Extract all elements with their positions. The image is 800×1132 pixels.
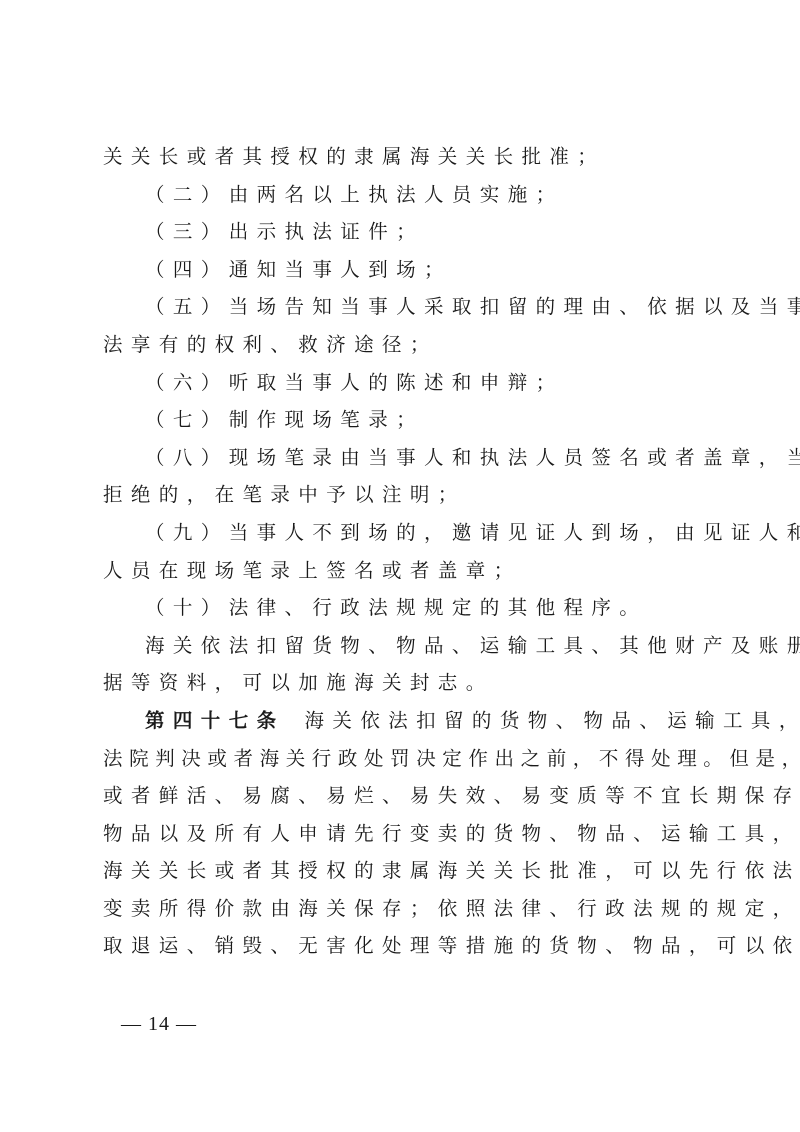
list-item-5-continuation: 法享有的权利、救济途径； xyxy=(103,326,693,364)
list-item-8-continuation: 拒绝的，在笔录中予以注明； xyxy=(103,476,693,514)
list-item-9: （九）当事人不到场的，邀请见证人到场，由见证人和执法 xyxy=(103,514,693,552)
list-item-2: （二）由两名以上执法人员实施； xyxy=(103,176,693,214)
article-47-line-4: 物品以及所有人申请先行变卖的货物、物品、运输工具，经直属 xyxy=(103,815,693,853)
document-page-body: 关关长或者其授权的隶属海关关长批准； （二）由两名以上执法人员实施； （三）出示… xyxy=(103,138,693,965)
page-number: — 14 — xyxy=(121,1013,197,1036)
list-item-7: （七）制作现场笔录； xyxy=(103,401,693,439)
list-item-5: （五）当场告知当事人采取扣留的理由、依据以及当事人依 xyxy=(103,288,693,326)
article-heading: 第四十七条 xyxy=(145,709,285,732)
article-47-line-6: 变卖所得价款由海关保存；依照法律、行政法规的规定，应当采 xyxy=(103,890,693,928)
text-line-continuation: 关关长或者其授权的隶属海关关长批准； xyxy=(103,138,693,176)
list-item-10: （十）法律、行政法规规定的其他程序。 xyxy=(103,589,693,627)
list-item-9-continuation: 人员在现场笔录上签名或者盖章； xyxy=(103,552,693,590)
list-item-3: （三）出示执法证件； xyxy=(103,213,693,251)
article-47-first-line: 第四十七条海关依法扣留的货物、物品、运输工具，在人民 xyxy=(103,702,693,740)
paragraph-seal-line-1: 海关依法扣留货物、物品、运输工具、其他财产及账册、单 xyxy=(103,627,693,665)
list-item-8: （八）现场笔录由当事人和执法人员签名或者盖章，当事人 xyxy=(103,439,693,477)
article-47-line-5: 海关关长或者其授权的隶属海关关长批准，可以先行依法变卖， xyxy=(103,852,693,890)
list-item-6: （六）听取当事人的陈述和申辩； xyxy=(103,364,693,402)
article-47-line-2: 法院判决或者海关行政处罚决定作出之前，不得处理。但是，危险品 xyxy=(103,740,693,778)
list-item-4: （四）通知当事人到场； xyxy=(103,251,693,289)
article-47-text: 海关依法扣留的货物、物品、运输工具，在人民 xyxy=(305,709,800,732)
article-47-line-3: 或者鲜活、易腐、易烂、易失效、易变质等不宜长期保存的货物、 xyxy=(103,777,693,815)
article-47-line-7: 取退运、销毁、无害化处理等措施的货物、物品，可以依法先行 xyxy=(103,927,693,965)
paragraph-seal-line-2: 据等资料，可以加施海关封志。 xyxy=(103,664,693,702)
